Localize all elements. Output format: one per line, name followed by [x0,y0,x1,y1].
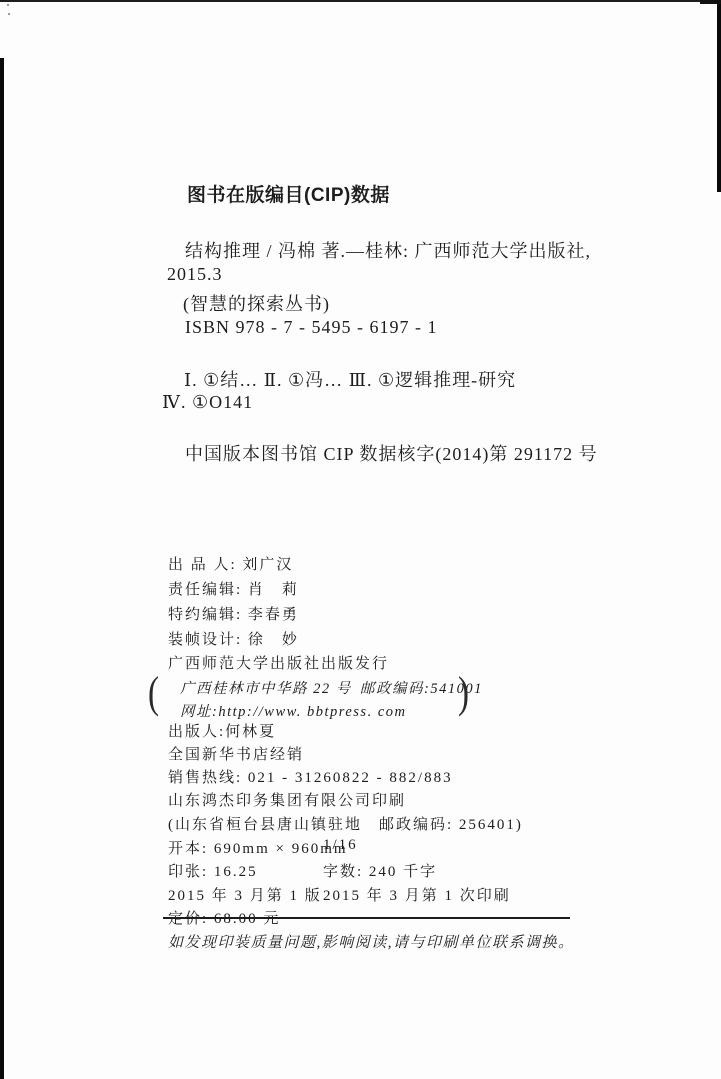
cip-record-number: 中国版本图书馆 CIP 数据核字(2014)第 291172 号 [185,440,598,466]
cip-classification-line2: Ⅳ. ①O141 [162,392,253,413]
address-paren-open: ( [148,670,159,716]
cip-entry-line1: 结构推理 / 冯棉 著.—桂林: 广西师范大学出版社, [185,237,591,263]
scan-speck [8,13,10,15]
colophon-producer: 出 品 人: 刘广汉 [168,553,293,574]
colophon-edition: 2015 年 3 月第 1 版 [168,884,322,905]
cip-classification-line1: Ⅰ. ①结… Ⅱ. ①冯… Ⅲ. ①逻辑推理-研究 [184,366,516,392]
colophon-publisher: 广西师范大学出版社出版发行 [168,652,389,673]
colophon-designer: 装帧设计: 徐 妙 [168,628,299,649]
scan-corner-mark [700,0,721,4]
colophon-special-editor: 特约编辑: 李春勇 [168,603,299,624]
colophon-publisher-person: 出版人:何林夏 [168,720,276,741]
publisher-website: 网址:http://www. bbtpress. com [180,700,406,721]
colophon-printer: 山东鸿杰印务集团有限公司印刷 [168,789,406,810]
quality-notice: 如发现印装质量问题,影响阅读,请与印刷单位联系调换。 [168,931,575,952]
colophon-sheets: 印张: 16.25 [168,860,258,881]
scan-edge-right [717,0,721,192]
colophon-format-label: 开本: 690mm × 960mm [168,837,348,858]
colophon-printer-address: (山东省桓台县唐山镇驻地 邮政编码: 256401) [168,813,523,834]
scan-edge-left [0,58,4,1079]
address-paren-close: ) [458,670,469,716]
colophon-word-count: 字数: 240 千字 [323,860,437,881]
publisher-address: 广西桂林市中华路 22 号 [180,677,352,698]
cip-isbn: ISBN 978 - 7 - 5495 - 6197 - 1 [185,317,438,338]
cip-entry-line2: 2015.3 [167,264,223,285]
colophon-managing-editor: 责任编辑: 肖 莉 [168,578,299,599]
colophon-distribution: 全国新华书店经销 [168,743,304,764]
colophon-impression: 2015 年 3 月第 1 次印刷 [323,884,511,905]
scan-edge-top [0,0,721,2]
scan-speck [7,4,9,6]
cip-heading: 图书在版编目(CIP)数据 [187,180,390,207]
colophon-divider-rule [163,917,570,919]
cip-series-title: (智慧的探索丛书) [183,290,330,316]
colophon-sales-hotline: 销售热线: 021 - 31260822 - 882/883 [168,766,453,787]
book-copyright-page: 图书在版编目(CIP)数据 结构推理 / 冯棉 著.—桂林: 广西师范大学出版社… [0,0,721,1079]
colophon-format-value: 1/16 [323,837,358,854]
